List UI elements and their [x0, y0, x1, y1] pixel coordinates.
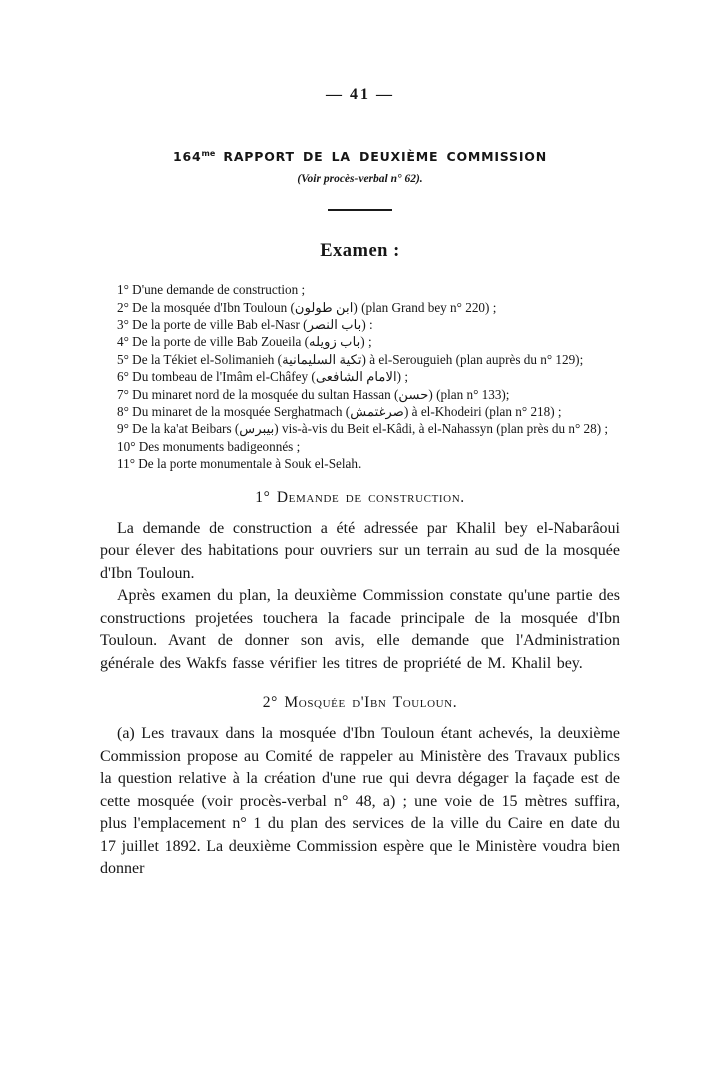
list-item: 8° Du minaret de la mosquée Serghatmach … [100, 403, 620, 420]
section-2-heading: 2° Mosquée d'Ibn Touloun. [100, 694, 620, 712]
list-item: 10° Des monuments badigeonnés ; [100, 438, 620, 455]
examen-list: 1° D'une demande de construction ; 2° De… [100, 281, 620, 472]
examen-heading: Examen : [100, 241, 620, 262]
section-1-paragraph-2: Après examen du plan, la deuxième Commis… [100, 585, 620, 675]
section-2-paragraph-a: (a) Les travaux dans la mosquée d'Ibn To… [100, 723, 620, 881]
section-1-paragraph-1: La demande de construction a été adressé… [100, 518, 620, 586]
list-item: 4° De la porte de ville Bab Zoueila (باب… [100, 333, 620, 350]
list-item: 2° De la mosquée d'Ibn Touloun (ابن طولو… [100, 299, 620, 316]
list-item: 11° De la porte monumentale à Souk el-Se… [100, 455, 620, 472]
list-item: 9° De la ka'at Beibars (بيبرس) vis-à-vis… [100, 420, 620, 437]
report-title-number: 164 [173, 149, 202, 164]
report-title-ordinal: me [201, 149, 215, 158]
document-page: — 41 — 164me RAPPORT DE LA DEUXIÈME COMM… [0, 0, 720, 1078]
page-number: — 41 — [100, 86, 620, 104]
report-subtitle: (Voir procès-verbal n° 62). [100, 173, 620, 185]
list-item: 6° Du tombeau de l'Imâm el-Châfey (الاما… [100, 368, 620, 385]
divider-rule [328, 209, 392, 211]
list-item: 7° Du minaret nord de la mosquée du sult… [100, 386, 620, 403]
section-1-heading: 1° Demande de construction. [100, 489, 620, 507]
report-title: 164me RAPPORT DE LA DEUXIÈME COMMISSION [100, 149, 620, 164]
list-item: 1° D'une demande de construction ; [100, 281, 620, 298]
report-title-text: RAPPORT DE LA DEUXIÈME COMMISSION [223, 149, 547, 164]
list-item: 5° De la Tékiet el-Solimanieh (تكية السل… [100, 351, 620, 368]
list-item: 3° De la porte de ville Bab el-Nasr (باب… [100, 316, 620, 333]
